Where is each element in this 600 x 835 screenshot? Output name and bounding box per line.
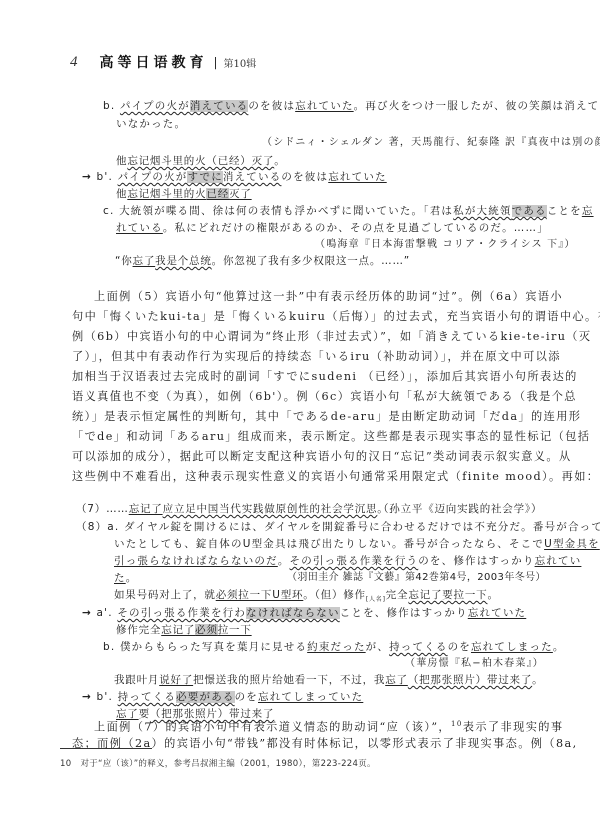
arrow-icon: → xyxy=(82,607,92,619)
wavy-text: 应立足中国当代实践做原创性的社会学沉思 xyxy=(163,503,378,515)
underlined-text: 約束だった xyxy=(307,641,366,653)
text: 。你忽视了我有多少权限这一点。……” xyxy=(212,255,410,267)
paragraph1-line: 加相当于汉语表过去完成时的副词「すでにsudeni （已经）」，添加后其宾语小句… xyxy=(72,370,578,384)
text: 。私にどれだけの権限があるのか、その点を見過ごしているのだ。……」 xyxy=(163,222,549,234)
highlighted-text: すでに xyxy=(187,171,222,183)
example-8b-source: （華房憬『私−柏木春菜』） xyxy=(405,657,544,671)
underlined-text: 忘れていた xyxy=(328,171,387,183)
text: 大統領が喋る間、徐は何の表情も浮かべずに聞いていた。「君は xyxy=(119,205,453,217)
text: 上面例（7）的宾语小句中有表示道义情态的助动词“应（该）”， xyxy=(94,721,451,734)
item-label: b. xyxy=(103,641,115,653)
example-6bp-line1: → b'. パイプの火がすでに消えているのを彼は忘れていた xyxy=(82,170,387,184)
example-8a-line4: た。 xyxy=(114,571,137,585)
item-label: （8）a. xyxy=(76,521,119,533)
wavy-text: 我是个总统 xyxy=(155,255,212,267)
underlined-text: 忘了 xyxy=(133,255,156,267)
example-8a-line1: （8）a. ダイヤル錠を開けるには、ダイヤルを開錠番号に合わせるだけでは不充分だ… xyxy=(76,520,600,534)
item-label: a'. xyxy=(97,607,113,619)
example-8a-source: （羽田圭介 雑誌『文藝』第42巻第4号，2003年冬号） xyxy=(287,571,546,585)
highlighted-text: 必须 xyxy=(195,624,218,636)
example-8a-line2: いたとしても、錠自体のU型金具は飛び出たりしない。番号が合ったなら、そこでU型金… xyxy=(114,537,600,551)
journal-title: 高等日语教育 xyxy=(100,52,208,72)
text: のを彼は xyxy=(281,171,328,183)
example-8ap-translation: 修作完全忘记了必须拉一下 xyxy=(116,623,252,637)
text: 。 xyxy=(532,674,543,686)
example-6b-line1: b. パイプの火が消えているのを彼は忘れていた。再び火をつけ一服したが、彼の笑顔… xyxy=(103,99,599,113)
example-6c-source: （鳴海章『日本海雷撃戦 コリア・クライシス 下』） xyxy=(315,238,576,252)
underlined-text: 忘れていた xyxy=(295,100,354,112)
item-label: b'. xyxy=(97,171,114,183)
underlined-text: U型金具を xyxy=(544,538,600,550)
footnote-number: 10 xyxy=(60,759,71,769)
text: のを彼は xyxy=(248,100,295,112)
footnote-text: 对于“应（该）”的释义，参考吕叔湘主编（2001，1980），第223-224页… xyxy=(80,759,375,769)
text: 。（但）修作 xyxy=(303,589,366,601)
example-8b-line1: b. 僕からもらった写真を葉月に見せる約束だったが、持ってくるのを忘れてしまった… xyxy=(103,640,565,654)
example-8bp-line1: → b'. 持ってくる必要があるのを忘れてしまっていた xyxy=(82,690,363,704)
text: いたとしても、錠自体のU型金具は飛び出たりしない。番号が合ったなら、そこで xyxy=(114,538,544,550)
underlined-text: 忘れていた xyxy=(468,607,527,619)
underlined-text: 引っ張らなければならないのだ xyxy=(114,555,278,567)
text: ダイヤル錠を開けるには、ダイヤルを開錠番号に合わせるだけでは不充分だ。番号が合っ… xyxy=(124,521,600,533)
underlined-text: 忘れてしまった xyxy=(471,641,553,653)
paragraph1-line: 可以添加的成分），据此可以断定支配这种宾语小句的汉日“忘记”类动词表示叙实意义。… xyxy=(72,450,572,464)
annotation-subscript: [人名] xyxy=(366,596,386,603)
underlined-text: 忘记了 xyxy=(161,624,195,636)
example-7: （7）……忘记了应立足中国当代实践做原创性的社会学沉思。 xyxy=(76,502,389,516)
underlined-text: 说好了 xyxy=(159,674,193,686)
underlined-text: た xyxy=(114,572,126,584)
example-8a-translation: 如果号码对上了，就必须拉一下U型环。（但）修作[人名]完全忘记了要拉一下。 xyxy=(114,588,499,607)
text: のを xyxy=(235,691,258,703)
item-label: c. xyxy=(103,205,115,217)
paragraph1-line: 这些例中不难看出，这种表示现实性意义的宾语小句通常采用限定式（finite mo… xyxy=(72,470,599,484)
highlighted-text: 必要がある xyxy=(176,691,235,703)
example-8a-line3: 引っ張らなければならないのだ。その引っ張る作業を行うのを、修作はすっかり忘れてい xyxy=(114,554,581,568)
text: 把憬送我的照片给她看一下，不过，我 xyxy=(193,674,385,686)
text: 完全 xyxy=(386,589,409,601)
wavy-text: その引っ張る作業を行わ xyxy=(117,607,246,619)
text: 。再び火をつけ一服したが、彼の笑顔は消えて xyxy=(354,100,600,112)
item-label: （7）…… xyxy=(76,503,129,515)
item-label: b. xyxy=(103,100,115,112)
example-6bp-translation: 他忘记烟斗里的火已经灭了 xyxy=(116,187,252,201)
text: のを xyxy=(448,641,471,653)
example-6c-translation: “你忘了我是个总统。你忽视了我有多少权限这一点。……” xyxy=(115,254,410,268)
text: 。 xyxy=(487,589,498,601)
text: が、 xyxy=(366,641,389,653)
underlined-text: 忘れてしまっていた xyxy=(258,691,363,703)
text: 僕からもらった写真を葉月に見せる xyxy=(120,641,307,653)
paragraph1-line: 句中「悔くいたkui-ta」是「悔くいるkuiru（后悔）」的过去式，充当宾语小… xyxy=(72,310,600,324)
running-header: 4 高等日语教育 | 第10辑 xyxy=(70,52,256,72)
underlined-text: 拉一下 xyxy=(218,624,252,636)
text: 如果号码对上了，就 xyxy=(114,589,216,601)
paragraph1-line: 了）」，但其中有表动作行为实现后的持续态「いるiru（补助动词）」，并在原文中可… xyxy=(72,350,561,364)
highlighted-text: である xyxy=(512,205,547,217)
example-6b-source: （シドニィ・シェルダン 著，天馬龍行、紀泰隆 訳『真夜中は別の顔 上巻』） xyxy=(262,136,600,150)
example-7-source: （孙立平《迈向实践的社会学》） xyxy=(378,502,542,516)
example-6c-line2: れている。私にどれだけの権限があるのか、その点を見過ごしているのだ。……」 xyxy=(116,221,549,235)
highlighted-text: 消えている xyxy=(190,100,249,112)
text: 。 xyxy=(126,572,138,584)
underlined-text: 忘记烟斗里的火 xyxy=(127,188,206,200)
text: 他 xyxy=(116,188,127,200)
text: ことを xyxy=(547,205,582,217)
header-separator: | xyxy=(214,55,218,69)
underlined-text: 忘记了 xyxy=(129,503,163,515)
text: 。 xyxy=(274,155,285,167)
underlined-text: 忘れてい xyxy=(535,555,582,567)
example-6b-translation: 他忘记烟斗里的火（已经）灭了。 xyxy=(116,154,286,168)
wavy-text: 忘记了要拉一下 xyxy=(408,589,487,601)
example-8b-translation: 我跟叶月说好了把憬送我的照片给她看一下，不过，我忘了（把那张照片）带过来了。 xyxy=(114,673,543,687)
text: ことを、修作はすっかり xyxy=(340,607,468,619)
wavy-text: パイプの火が xyxy=(118,171,188,183)
page-number: 4 xyxy=(70,54,78,71)
footnote-ref[interactable]: 10 xyxy=(451,720,463,728)
footnote: 10 对于“应（该）”的释义，参考吕叔湘主编（2001，1980），第223-2… xyxy=(60,757,376,769)
paragraph1-line: 统）」是表示恒定属性的判断句，其中「であるde-aru」是由断定助动词「だda」… xyxy=(72,410,581,424)
wavy-text: 持ってくる xyxy=(389,641,448,653)
issue-label: 第10辑 xyxy=(224,55,257,70)
paragraph2-line1: 上面例（7）的宾语小句中有表示道义情态的助动词“应（该）”，10表示了非现实的事 xyxy=(94,717,563,735)
wavy-text: パイプの火が xyxy=(120,100,190,112)
highlighted-text: なければならない xyxy=(246,607,340,619)
highlighted-text: 已经 xyxy=(206,188,229,200)
text: 。 xyxy=(553,641,565,653)
wavy-text: 消えている xyxy=(223,171,282,183)
text: のを、修作はすっかり xyxy=(418,555,534,567)
paragraph1-line: 「でde」和动词「あるaru」组成而来，表示断定。这些都是表示现实事态的显性标记… xyxy=(72,430,590,444)
text: “你 xyxy=(115,255,133,267)
underlined-text: 灭了 xyxy=(229,188,252,200)
text: 修作完全 xyxy=(116,624,161,636)
paragraph1-line: 例（6b）中宾语小句的中心谓词为“终止形（非过去式）”，如「消きえているkie-… xyxy=(72,330,591,344)
wavy-text: （把那张照片）带过来了 xyxy=(408,674,532,686)
footnote-divider xyxy=(60,748,152,749)
underlined-text: 忘了 xyxy=(385,674,408,686)
wavy-text: その引っ張る作業を行う xyxy=(290,555,419,567)
text: 。 xyxy=(278,555,290,567)
arrow-icon: → xyxy=(82,691,92,703)
wavy-text: 持ってくる xyxy=(118,691,177,703)
example-8ap-line1: → a'. その引っ張る作業を行わなければならないことを、修作はすっかり忘れてい… xyxy=(82,606,526,620)
example-6b-line2: いなかった。 xyxy=(116,117,186,131)
underlined-text: 必须拉一下U型环 xyxy=(216,589,304,601)
arrow-icon: → xyxy=(82,171,92,183)
item-label: b'. xyxy=(97,691,114,703)
underlined-text: 忘 xyxy=(582,205,594,217)
wavy-text: 忘记烟斗里的火（已经）灭了 xyxy=(127,155,274,167)
text: 我跟叶月 xyxy=(114,674,159,686)
paragraph1-line: 语义真值也不变（为真），如例（6b'）。例（6c）宾语小句「私が大統領である（我… xyxy=(72,390,577,404)
example-6c-line1: c. 大統領が喋る間、徐は何の表情も浮かべずに聞いていた。「君は私が大統領である… xyxy=(103,204,594,218)
text: 表示了非现实的事 xyxy=(463,721,564,734)
text: 他 xyxy=(116,155,127,167)
underlined-text: れている xyxy=(116,222,163,234)
paragraph1-line: 上面例（5）宾语小句“他算过这一卦”中有表示经历体的助词“过”。例（6a）宾语小 xyxy=(94,290,563,304)
wavy-text: 私が大統領 xyxy=(453,205,512,217)
